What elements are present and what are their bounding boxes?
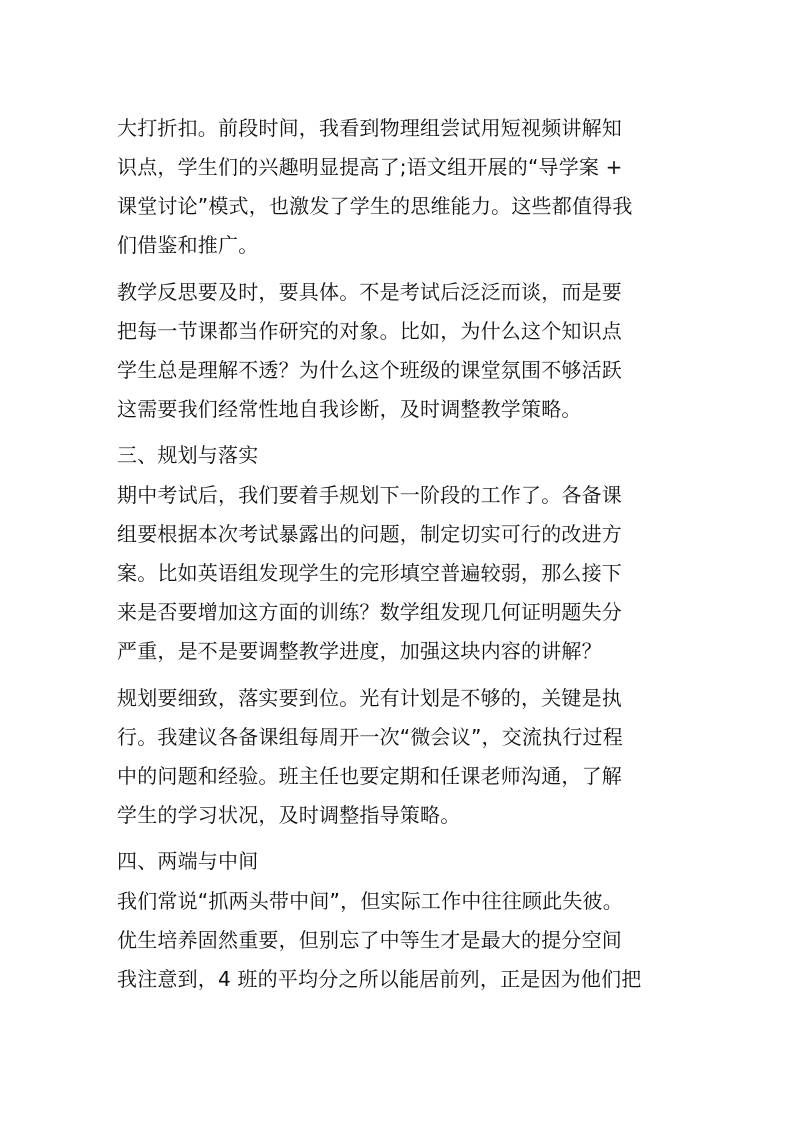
text-line: 们借鉴和推广。 <box>117 230 687 260</box>
section-heading: 四、两端与中间 <box>117 846 687 876</box>
text-line: 优生培养固然重要，但别忘了中等生才是最大的提分空间 <box>117 925 687 955</box>
text-line: 规划要细致，落实要到位。光有计划是不够的，关键是执 <box>117 683 687 713</box>
text-line: 识点，学生们的兴趣明显提高了;语文组开展的“导学案 + <box>117 152 687 182</box>
text-line: 教学反思要及时，要具体。不是考试后泛泛而谈，而是要 <box>117 277 687 307</box>
text-line: 组要根据本次考试暴露出的问题，制定切实可行的改进方 <box>117 519 687 549</box>
text-line: 中的问题和经验。班主任也要定期和任课老师沟通，了解 <box>117 761 687 791</box>
text-line: 我们常说“抓两头带中间”，但实际工作中往往顾此失彼。 <box>117 886 687 916</box>
text-line: 来是否要增加这方面的训练？数学组发现几何证明题失分 <box>117 597 687 627</box>
text-line: 大打折扣。前段时间，我看到物理组尝试用短视频讲解知 <box>117 113 687 143</box>
text-line: 我注意到，4 班的平均分之所以能居前列，正是因为他们把 <box>117 964 687 994</box>
section-heading: 三、规划与落实 <box>117 440 687 470</box>
text-line: 学生的学习状况，及时调整指导策略。 <box>117 800 687 830</box>
document-page: 大打折扣。前段时间，我看到物理组尝试用短视频讲解知 识点，学生们的兴趣明显提高了… <box>0 0 793 1122</box>
text-line: 把每一节课都当作研究的对象。比如，为什么这个知识点 <box>117 316 687 346</box>
text-line: 这需要我们经常性地自我诊断，及时调整教学策略。 <box>117 394 687 424</box>
text-line: 学生总是理解不透？为什么这个班级的课堂氛围不够活跃 <box>117 355 687 385</box>
text-line: 案。比如英语组发现学生的完形填空普遍较弱，那么接下 <box>117 558 687 588</box>
text-line: 期中考试后，我们要着手规划下一阶段的工作了。各备课 <box>117 480 687 510</box>
text-line: 课堂讨论”模式，也激发了学生的思维能力。这些都值得我 <box>117 191 687 221</box>
text-line: 行。我建议各备课组每周开一次“微会议”，交流执行过程 <box>117 722 687 752</box>
text-line: 严重，是不是要调整教学进度，加强这块内容的讲解？ <box>117 636 687 666</box>
